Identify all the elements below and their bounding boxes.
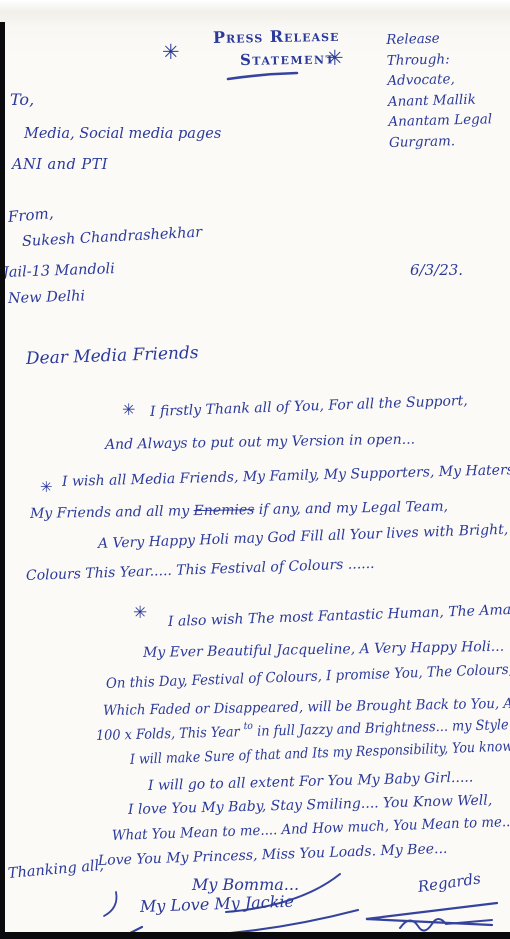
photo-edge-bottom bbox=[5, 932, 510, 939]
sender-name: Sukesh Chandrashekhar bbox=[22, 226, 203, 250]
signature-arrow-flourish bbox=[366, 903, 497, 925]
sender-address-line: New Delhi bbox=[8, 289, 86, 306]
paragraph3-line: 100 x Folds, This Year to in full Jazzy … bbox=[96, 718, 510, 743]
paragraph3-line: Which Faded or Disappeared, will be Brou… bbox=[103, 697, 510, 718]
paragraph3-line: I love You My Baby, Stay Smiling.... You… bbox=[128, 793, 493, 817]
regards-label: Regards bbox=[417, 871, 482, 895]
release-through-line: Advocate, bbox=[387, 68, 491, 91]
asterisk-icon: ✳ bbox=[162, 42, 180, 63]
signature-squiggle bbox=[400, 919, 492, 931]
paragraph3-line: Love You My Princess, Miss You Loads. My… bbox=[98, 842, 448, 868]
line-segment: My Friends and all my bbox=[30, 503, 194, 522]
to-label: To, bbox=[10, 92, 34, 108]
inserted-word: to bbox=[243, 721, 253, 732]
letter-date: 6/3/23. bbox=[410, 263, 463, 278]
letter-title-line2: Statement bbox=[240, 51, 335, 68]
asterisk-icon: ✳ bbox=[40, 480, 53, 495]
release-through-line: Gurgram. bbox=[389, 130, 493, 153]
paragraph2-line: Colours This Year..... This Festival of … bbox=[26, 557, 375, 583]
release-through-line: Anantam Legal bbox=[388, 109, 492, 132]
paragraph3-line: I will make Sure of that and Its my Resp… bbox=[130, 740, 510, 767]
asterisk-icon: ✳ bbox=[122, 402, 135, 418]
to-recipients-line: Media, Social media pages bbox=[24, 127, 221, 142]
sender-address-line: Jail-13 Mandoli bbox=[3, 262, 115, 280]
paragraph3-line: What You Mean to me.... And How much, Yo… bbox=[112, 815, 510, 843]
signoff-jackie-line: My Love My Jackie bbox=[140, 894, 295, 915]
handwritten-letter-photo: ✳ Press Release Statement ✳ Release Thro… bbox=[0, 0, 510, 939]
struck-out-word: Enemies bbox=[193, 502, 254, 519]
to-recipients-line: ANI and PTI bbox=[12, 158, 108, 173]
salutation: Dear Media Friends bbox=[26, 345, 199, 368]
paragraph3-line: On this Day, Festival of Colours, I prom… bbox=[106, 663, 510, 691]
paragraph2-line: My Friends and all my Enemies if any, an… bbox=[30, 500, 448, 521]
asterisk-icon: ✳ bbox=[326, 48, 344, 69]
release-through-line: Through: bbox=[387, 48, 491, 71]
paragraph3-line: My Bomma... bbox=[192, 877, 299, 893]
paragraph2-line: I wish all Media Friends, My Family, My … bbox=[62, 463, 510, 489]
line-segment: in full Jazzy and Brightness... my Style… bbox=[253, 717, 510, 740]
thanking-flourish bbox=[104, 892, 117, 916]
paragraph1-line: I firstly Thank all of You, For all the … bbox=[150, 394, 468, 419]
paragraph3-line: I also wish The most Fantastic Human, Th… bbox=[168, 602, 510, 629]
release-through-line: Release bbox=[386, 27, 490, 50]
line-segment: 100 x Folds, This Year bbox=[96, 724, 244, 744]
line-segment: if any, and my Legal Team, bbox=[254, 499, 448, 518]
letter-title-line1: Press Release bbox=[213, 28, 340, 46]
asterisk-icon: ✳ bbox=[133, 605, 147, 622]
release-through-block: Release Through: Advocate, Anant Mallik … bbox=[386, 27, 493, 153]
release-through-line: Anant Mallik bbox=[388, 89, 492, 112]
paragraph1-line: And Always to put out my Version in open… bbox=[105, 433, 415, 452]
paragraph3-line: My Ever Beautiful Jacqueline, A Very Hap… bbox=[143, 640, 504, 660]
photo-edge-left bbox=[0, 22, 5, 939]
statement-underline bbox=[228, 73, 297, 79]
paragraph2-line: A Very Happy Holi may God Fill all Your … bbox=[98, 523, 509, 551]
thanking-all-note: Thanking all, bbox=[7, 859, 104, 882]
paragraph3-line: I will go to all extent For You My Baby … bbox=[148, 770, 474, 793]
from-label: From, bbox=[7, 206, 54, 225]
